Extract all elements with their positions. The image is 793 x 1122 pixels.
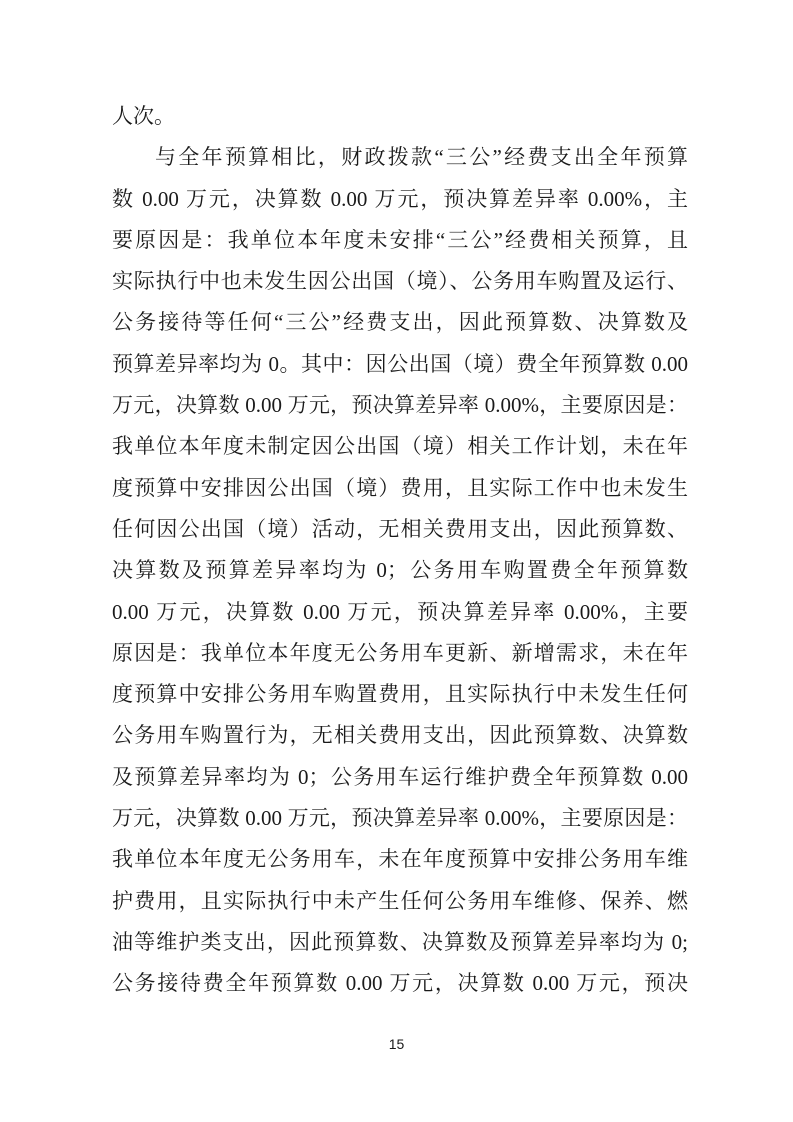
text-line: 原因是：我单位本年度无公务用车更新、新增需求，未在年: [112, 633, 688, 674]
text-line: 任何因公出国（境）活动，无相关费用支出，因此预算数、: [112, 509, 688, 550]
text-line: 数 0.00 万元，决算数 0.00 万元，预决算差异率 0.00%，主: [112, 179, 688, 220]
text-line: 度预算中安排因公出国（境）费用，且实际工作中也未发生: [112, 468, 688, 509]
document-page: 人次。与全年预算相比，财政拨款“三公”经费支出全年预算数 0.00 万元，决算数…: [0, 0, 793, 1122]
text-line: 公务接待等任何“三公”经费支出，因此预算数、决算数及: [112, 302, 688, 343]
text-line: 预算差异率均为 0。其中：因公出国（境）费全年预算数 0.00: [112, 344, 688, 385]
text-line: 油等维护类支出，因此预算数、决算数及预算差异率均为 0;: [112, 922, 688, 963]
text-line: 公务用车购置行为，无相关费用支出，因此预算数、决算数: [112, 715, 688, 756]
page-footer: 15: [0, 1036, 793, 1052]
text-line: 护费用，且实际执行中未产生任何公务用车维修、保养、燃: [112, 881, 688, 922]
text-line: 及预算差异率均为 0；公务用车运行维护费全年预算数 0.00: [112, 757, 688, 798]
page-number: 15: [389, 1036, 405, 1052]
text-line: 度预算中安排公务用车购置费用，且实际执行中未发生任何: [112, 674, 688, 715]
text-line: 实际执行中也未发生因公出国（境）、公务用车购置及运行、: [112, 261, 688, 302]
text-line: 决算数及预算差异率均为 0；公务用车购置费全年预算数: [112, 550, 688, 591]
text-line: 万元，决算数 0.00 万元，预决算差异率 0.00%，主要原因是：: [112, 385, 688, 426]
text-line: 要原因是：我单位本年度未安排“三公”经费相关预算，且: [112, 220, 688, 261]
text-line: 与全年预算相比，财政拨款“三公”经费支出全年预算: [112, 137, 688, 178]
text-block: 人次。与全年预算相比，财政拨款“三公”经费支出全年预算数 0.00 万元，决算数…: [112, 96, 688, 1005]
text-line: 万元，决算数 0.00 万元，预决算差异率 0.00%，主要原因是：: [112, 798, 688, 839]
text-line: 我单位本年度无公务用车，未在年度预算中安排公务用车维: [112, 839, 688, 880]
text-line: 人次。: [112, 96, 688, 137]
text-line: 公务接待费全年预算数 0.00 万元，决算数 0.00 万元，预决: [112, 963, 688, 1004]
text-line: 我单位本年度未制定因公出国（境）相关工作计划，未在年: [112, 426, 688, 467]
text-line: 0.00 万元，决算数 0.00 万元，预决算差异率 0.00%，主要: [112, 592, 688, 633]
